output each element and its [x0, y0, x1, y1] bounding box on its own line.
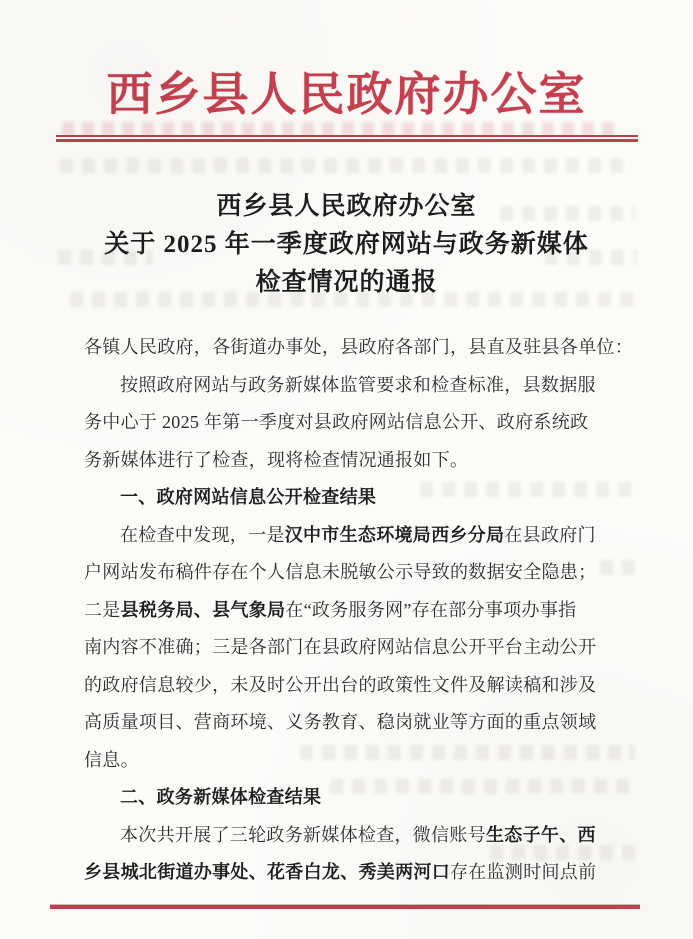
emphasized-text: 县税务局、县气象局	[121, 600, 286, 620]
body-line: 在检查中发现，一是汉中市生态环境局西乡分局在县政府门	[84, 517, 624, 555]
body-line: 的政府信息较少，未及时公开出台的政策性文件及解读稿和涉及	[84, 667, 624, 705]
document-body: 各镇人民政府，各街道办事处，县政府各部门，县直及驻县各单位：按照政府网站与政务新…	[84, 329, 624, 892]
emphasized-text: 乡县城北街道办事处、花香白龙、秀美两河口	[84, 862, 450, 882]
emphasized-text: 生态子午、西	[486, 825, 596, 845]
emphasized-text: 汉中市生态环境局西乡分局	[285, 525, 505, 545]
body-line: 信息。	[84, 742, 624, 780]
body-line: 户网站发布稿件存在个人信息未脱敏公示导致的数据安全隐患；	[84, 554, 624, 592]
body-text: 信息。	[84, 750, 139, 770]
body-text: 按照政府网站与政务新媒体监管要求和检查标准，县数据服	[120, 375, 596, 395]
body-text: 高质量项目、营商环境、义务教育、稳岗就业等方面的重点领域	[84, 712, 596, 732]
body-text: 二是	[84, 600, 121, 620]
emphasized-text: 二、政务新媒体检查结果	[120, 787, 321, 807]
body-text: 户网站发布稿件存在个人信息未脱敏公示导致的数据安全隐患；	[84, 562, 596, 582]
body-line: 高质量项目、营商环境、义务教育、稳岗就业等方面的重点领域	[84, 704, 624, 742]
body-text: 务新媒体进行了检查，现将检查情况通报如下。	[84, 450, 468, 470]
body-text: 各镇人民政府，各街道办事处，县政府各部门，县直及驻县各单位：	[84, 337, 633, 357]
body-text: 本次共开展了三轮政务新媒体检查，微信账号	[120, 825, 486, 845]
body-text: 务中心于 2025 年第一季度对县政府网站信息公开、政府系统政	[84, 412, 588, 432]
body-line: 各镇人民政府，各街道办事处，县政府各部门，县直及驻县各单位：	[84, 329, 624, 367]
letterhead-rule	[56, 135, 638, 142]
document-title-line2: 关于 2025 年一季度政府网站与政务新媒体	[40, 226, 653, 264]
body-line: 二是县税务局、县气象局在“政务服务网”存在部分事项办事指	[84, 592, 624, 630]
document-title: 西乡县人民政府办公室 关于 2025 年一季度政府网站与政务新媒体 检查情况的通…	[40, 188, 653, 302]
body-line: 南内容不准确；三是各部门在县政府网站信息公开平台主动公开	[84, 629, 624, 667]
scanned-document-page: 西乡县人民政府办公室 西乡县人民政府办公室 关于 2025 年一季度政府网站与政…	[0, 0, 693, 939]
body-line: 按照政府网站与政务新媒体监管要求和检查标准，县数据服	[84, 367, 624, 405]
letterhead-agency-title: 西乡县人民政府办公室	[0, 60, 693, 130]
body-line: 务新媒体进行了检查，现将检查情况通报如下。	[84, 442, 624, 480]
body-text: 存在监测时间点前	[450, 862, 596, 882]
body-text: 在县政府门	[504, 525, 596, 545]
footer-rule	[50, 905, 640, 909]
body-text: 在“政务服务网”存在部分事项办事指	[285, 600, 576, 620]
scan-bleed-artifact	[60, 158, 625, 173]
document-title-line1: 西乡县人民政府办公室	[40, 188, 653, 226]
body-line: 乡县城北街道办事处、花香白龙、秀美两河口存在监测时间点前	[84, 854, 624, 892]
body-text: 南内容不准确；三是各部门在县政府网站信息公开平台主动公开	[84, 637, 596, 657]
body-text: 在检查中发现，一是	[120, 525, 285, 545]
emphasized-text: 一、政府网站信息公开检查结果	[120, 487, 376, 507]
body-line: 本次共开展了三轮政务新媒体检查，微信账号生态子午、西	[84, 817, 624, 855]
section-heading: 一、政府网站信息公开检查结果	[84, 479, 624, 517]
document-title-line3: 检查情况的通报	[40, 264, 653, 302]
section-heading: 二、政务新媒体检查结果	[84, 779, 624, 817]
body-text: 的政府信息较少，未及时公开出台的政策性文件及解读稿和涉及	[84, 675, 596, 695]
body-line: 务中心于 2025 年第一季度对县政府网站信息公开、政府系统政	[84, 404, 624, 442]
